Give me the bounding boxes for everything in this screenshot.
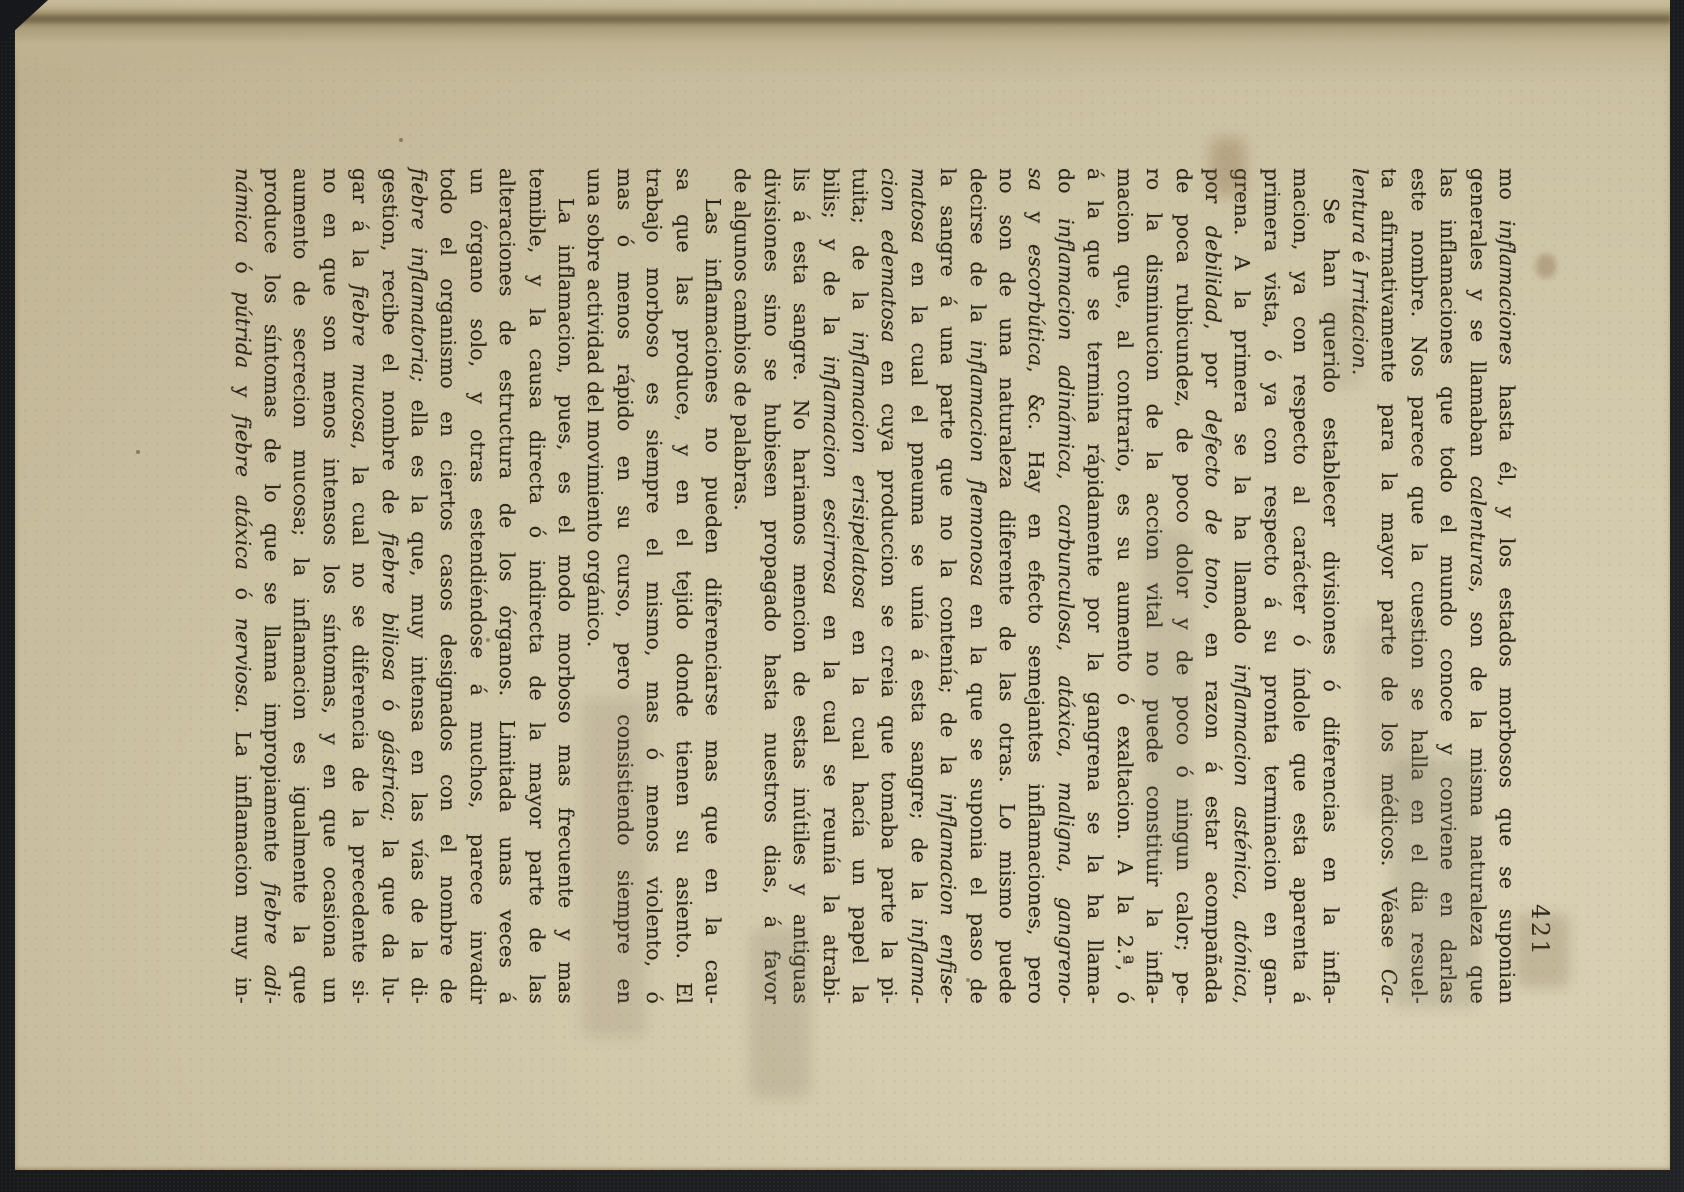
paper-stain [1324, 298, 1364, 388]
text-line: de algunos cambios de palabras. [727, 168, 756, 1004]
text-line: fiebre inflamatoria; ella es la que, muy… [404, 168, 433, 1004]
gutter-fold-shadow [15, 0, 1670, 82]
text-line: divisiones sino se hubiesen propagado ha… [756, 168, 785, 1004]
text-line: gestion, recibe el nombre de fiebre bili… [374, 168, 403, 1004]
paper-speck [966, 978, 970, 982]
text-line: aumento de secrecion mucosa; la inflamac… [286, 168, 315, 1004]
text-block: mo inflamaciones hasta él, y los estados… [227, 168, 1521, 1004]
text-line: matosa en la cual el pneuma se unía á es… [903, 168, 932, 1004]
text-line: primera vista, ó ya con respecto á su pr… [1256, 168, 1285, 1004]
book-page: 421 mo inflamaciones hasta él, y los est… [15, 0, 1670, 1170]
paper-stain [1210, 138, 1246, 196]
text-line: todo el organismo en ciertos casos desig… [433, 168, 462, 1004]
paper-stain [750, 928, 810, 1098]
scanner-bed: 421 mo inflamaciones hasta él, y los est… [0, 0, 1684, 1192]
text-line: temible, y la causa directa ó indirecta … [521, 168, 550, 1004]
text-line: mo inflamaciones hasta él, y los estados… [1492, 168, 1521, 1004]
text-line: sa que las produce, y en el tejido donde… [668, 168, 697, 1004]
text-line: sa y escorbútica, &c. Hay en efecto seme… [1021, 168, 1050, 1004]
paper-stain [1142, 528, 1194, 868]
paper-stain [582, 698, 646, 1038]
paper-stain [1515, 913, 1570, 988]
text-line: lis á esta sangre. No hariamos mencion d… [786, 168, 815, 1004]
paper-speck [486, 638, 490, 642]
text-line: grena. A la primera se la ha llamado inf… [1227, 168, 1256, 1004]
gutter-ridge-line [15, 15, 1670, 23]
text-line: bilis; y de la inflamacion escirrosa en … [815, 168, 844, 1004]
text-line: cion edematosa en cuya produccion se cre… [874, 168, 903, 1004]
text-line: macion que, al contrario, es su aumento … [1109, 168, 1138, 1004]
text-line: La inflamacion, pues, es el modo morboso… [551, 168, 580, 1004]
text-line: á la que se termina rápidamente por la g… [1080, 168, 1109, 1004]
text-line: tuita; de la inflamacion erisipelatosa e… [845, 168, 874, 1004]
paper-speck [136, 450, 140, 454]
text-line: por debilidad, por defecto de tono, en r… [1198, 168, 1227, 1004]
text-line: macion, ya con respecto al carácter ó ín… [1286, 168, 1315, 1004]
text-line: un órgano solo, y otras estendiéndose á … [462, 168, 491, 1004]
text-line: Se han querido establecer divisiones ó d… [1315, 168, 1344, 1004]
text-line: no en que son menos intensos los síntoma… [315, 168, 344, 1004]
paper-stain [1536, 254, 1556, 278]
text-line: no son de una naturaleza diferente de la… [992, 168, 1021, 1004]
text-line: decirse de la inflamacion flemonosa en l… [962, 168, 991, 1004]
text-line: alteraciones de estructura de los órgano… [492, 168, 521, 1004]
text-line: produce los síntomas de lo que se llama … [257, 168, 286, 1004]
text-line: la sangre á una parte que no la contenía… [933, 168, 962, 1004]
paper-stain [1360, 618, 1430, 818]
text-line: námica ó pútrida y fiebre atáxica ó nerv… [227, 168, 256, 1004]
text-line: lentura é Irritacion. [1345, 168, 1374, 1004]
paper-speck [399, 138, 403, 142]
text-line: gar á la fiebre mucosa, la cual no se di… [345, 168, 374, 1004]
text-line: Las inflamaciones no pueden diferenciars… [698, 168, 727, 1004]
text-line: do inflamacion adinámica, carbunculosa, … [1051, 168, 1080, 1004]
